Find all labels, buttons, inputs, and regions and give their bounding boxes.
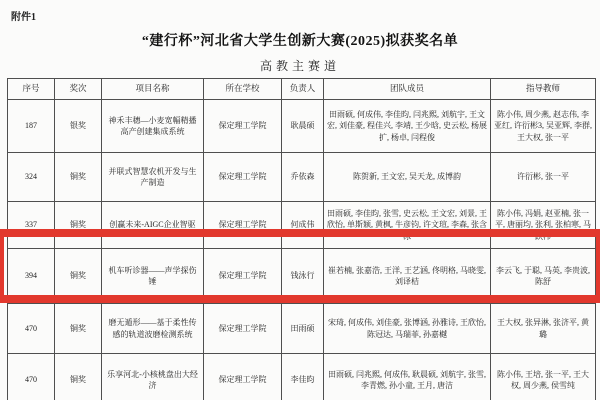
cell-project: 磨无遁形——基于柔性传感的轨道波磨检测系统 [102,304,204,354]
header-project: 项目名称 [102,79,204,100]
cell-school: 保定理工学院 [204,304,282,354]
cell-project: 机车听诊器——声学探伤锤 [102,249,204,304]
attachment-label: 附件1 [11,8,36,23]
cell-school: 保定理工学院 [204,354,282,400]
cell-team: 田雨硕, 李佳昀, 张雪, 史云松, 王文宏, 刘景, 王欣怡, 单斯颖, 黄枫… [324,202,491,249]
table-row: 470 铜奖 乐享河北-小核桃盘出大经济 保定理工学院 李佳昀 田雨硕, 闫兆熙… [8,354,596,400]
cell-school: 保定理工学院 [204,202,282,249]
cell-award: 铜奖 [55,354,102,400]
cell-school: 保定理工学院 [204,249,282,304]
header-award: 奖次 [55,79,102,100]
cell-no: 337 [8,202,55,249]
track-subtitle: 高教主赛道 [0,57,600,74]
cell-no: 394 [8,249,55,304]
cell-team: 宋琦, 何成伟, 刘佳豪, 张博涵, 孙雅诗, 王欣怡, 陈冠达, 马瑞菲, 孙… [324,304,491,354]
cell-team: 崔若楠, 张嘉浩, 王洋, 王艺涵, 佟明格, 马晓雯, 刘译桔 [324,249,491,304]
cell-award: 铜奖 [55,202,102,249]
cell-award: 银奖 [55,100,102,153]
table-header-row: 序号 奖次 项目名称 所在学校 负责人 团队成员 指导教师 [8,79,596,100]
table-row: 470 铜奖 磨无遁形——基于柔性传感的轨道波磨检测系统 保定理工学院 田雨硕 … [8,304,596,354]
cell-leader: 何成伟 [282,202,324,249]
cell-leader: 钱泳行 [282,249,324,304]
cell-award: 铜奖 [55,304,102,354]
cell-school: 保定理工学院 [204,153,282,202]
cell-award: 铜奖 [55,153,102,202]
cell-leader: 乔依森 [282,153,324,202]
cell-no: 470 [8,304,55,354]
cell-advisors: 陈小伟, 周少燕, 赵志伟, 李亚红, 许衍彬3, 吴亚辉, 李群, 王大权, … [491,100,596,153]
cell-advisors: 陈小伟, 王培, 张一平, 王大权, 周少燕, 侯雪纯 [491,354,596,400]
header-school: 所在学校 [204,79,282,100]
header-leader: 负责人 [282,79,324,100]
page-title: “建行杯”河北省大学生创新大赛(2025)拟获奖名单 [0,30,600,50]
cell-project: 并联式智慧农机开发与生产制造 [102,153,204,202]
cell-leader: 李佳昀 [282,354,324,400]
cell-no: 187 [8,100,55,153]
cell-leader: 耿晨硕 [282,100,324,153]
cell-project: 创赢未来-AIGC企业智驱 [102,202,204,249]
cell-team: 陈贺新, 王文宏, 吴天龙, 成博韵 [324,153,491,202]
cell-no: 470 [8,354,55,400]
cell-team: 田雨硕, 闫兆熙, 何成伟, 耿晨硕, 刘航宇, 张雪, 李青燃, 孙小童, 王… [324,354,491,400]
cell-project: 乐享河北-小核桃盘出大经济 [102,354,204,400]
award-table: 序号 奖次 项目名称 所在学校 负责人 团队成员 指导教师 187 银奖 神禾丰… [7,78,596,400]
cell-school: 保定理工学院 [204,100,282,153]
cell-no: 324 [8,153,55,202]
table-row: 187 银奖 神禾丰穗—小麦宽幅精播高产创建集成系统 保定理工学院 耿晨硕 田雨… [8,100,596,153]
table-row: 337 铜奖 创赢未来-AIGC企业智驱 保定理工学院 何成伟 田雨硕, 李佳昀… [8,202,596,249]
cell-project: 神禾丰穗—小麦宽幅精播高产创建集成系统 [102,100,204,153]
cell-team: 田雨硕, 何成伟, 李佳昀, 闫兆熙, 刘航宇, 王文宏, 刘佳豪, 程佳兴, … [324,100,491,153]
document-page: 附件1 “建行杯”河北省大学生创新大赛(2025)拟获奖名单 高教主赛道 序号 … [0,0,600,400]
header-team: 团队成员 [324,79,491,100]
cell-advisors: 李云飞, 于聪, 马英, 李贵波, 陈舒 [491,249,596,304]
cell-leader: 田雨硕 [282,304,324,354]
table-row: 324 铜奖 并联式智慧农机开发与生产制造 保定理工学院 乔依森 陈贺新, 王文… [8,153,596,202]
cell-advisors: 王大权, 张异淋, 张济平, 黄璐 [491,304,596,354]
cell-award: 铜奖 [55,249,102,304]
highlighted-row: 394 铜奖 机车听诊器——声学探伤锤 保定理工学院 钱泳行 崔若楠, 张嘉浩,… [8,249,596,304]
cell-advisors: 陈小伟, 冯娟, 赵亚楠, 张一平, 唐丽均, 张利, 张柏寒, 马跃祎 [491,202,596,249]
header-advisors: 指导教师 [491,79,596,100]
header-no: 序号 [8,79,55,100]
cell-advisors: 许衍彬, 张一平 [491,153,596,202]
